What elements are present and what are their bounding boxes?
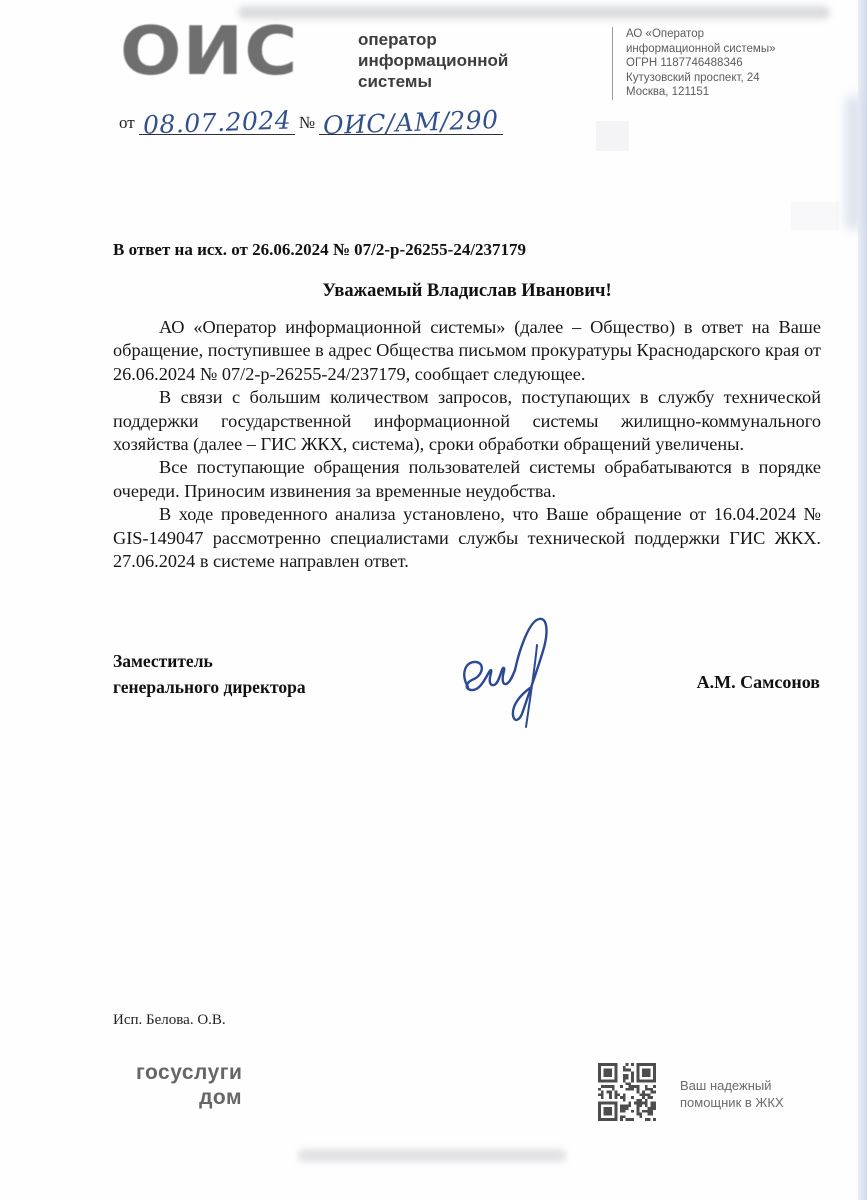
paragraph: В ходе проведенного анализа установлено,… <box>113 503 821 573</box>
signer-position: Заместитель генерального директора <box>113 648 306 700</box>
gosuslugi-logo-line: госуслуги <box>136 1060 242 1085</box>
scan-bleedthrough-bottom <box>298 1149 566 1162</box>
signature-ink <box>452 615 587 733</box>
handwritten-date: 08.07.2024 <box>142 107 291 138</box>
scan-edge-strip <box>858 0 867 1200</box>
org-info-line: АО «Оператор <box>626 27 775 42</box>
company-tagline: оператор информационной системы <box>358 29 508 92</box>
org-info-block: АО «Оператор информационной системы» ОГР… <box>612 27 775 100</box>
number-label: № <box>299 113 315 135</box>
org-info-line: Кутузовский проспект, 24 <box>626 71 775 86</box>
qr-code <box>598 1063 656 1121</box>
signer-position-line: генерального директора <box>113 674 306 700</box>
gosuslugi-dom-logo: госуслуги дом <box>136 1060 242 1110</box>
org-info-line: Москва, 121151 <box>626 85 775 100</box>
salutation: Уважаемый Владислав Иванович! <box>113 281 821 302</box>
scan-ghost-square <box>596 121 629 151</box>
date-underline: 08.07.2024 <box>139 108 295 135</box>
executor-line: Исп. Белова. О.В. <box>113 1012 226 1029</box>
number-underline: ОИС/АМ/290 <box>319 108 503 135</box>
qr-caption: Ваш надежный помощник в ЖКХ <box>680 1077 784 1111</box>
qr-caption-line: Ваш надежный <box>680 1077 784 1094</box>
reply-reference-line: В ответ на исх. от 26.06.2024 № 07/2-р-2… <box>113 240 526 260</box>
tagline-line: оператор <box>358 29 508 50</box>
tagline-line: системы <box>358 71 508 92</box>
scanned-letter-page: ОИС оператор информационной системы АО «… <box>0 0 867 1200</box>
gosuslugi-logo-line: дом <box>136 1085 242 1110</box>
date-label: от <box>119 113 135 135</box>
handwritten-signature <box>452 615 587 738</box>
letter-body: АО «Оператор информационной системы» (да… <box>113 316 821 573</box>
scan-bleedthrough-top <box>238 6 830 19</box>
handwritten-number: ОИС/АМ/290 <box>323 107 499 139</box>
tagline-line: информационной <box>358 50 508 71</box>
org-info-line: информационной системы» <box>626 42 775 57</box>
signer-name: А.М. Самсонов <box>697 672 820 693</box>
signer-position-line: Заместитель <box>113 648 306 674</box>
paragraph: АО «Оператор информационной системы» (да… <box>113 316 821 386</box>
org-info-line: ОГРН 1187746488346 <box>626 56 775 71</box>
paragraph: В связи с большим количеством запросов, … <box>113 386 821 456</box>
date-number-line: от 08.07.2024 № ОИС/АМ/290 <box>119 108 507 135</box>
ois-logo: ОИС <box>120 16 298 86</box>
qr-caption-line: помощник в ЖКХ <box>680 1094 784 1111</box>
paragraph: Все поступающие обращения пользователей … <box>113 456 821 503</box>
scan-ghost-square <box>791 202 839 230</box>
